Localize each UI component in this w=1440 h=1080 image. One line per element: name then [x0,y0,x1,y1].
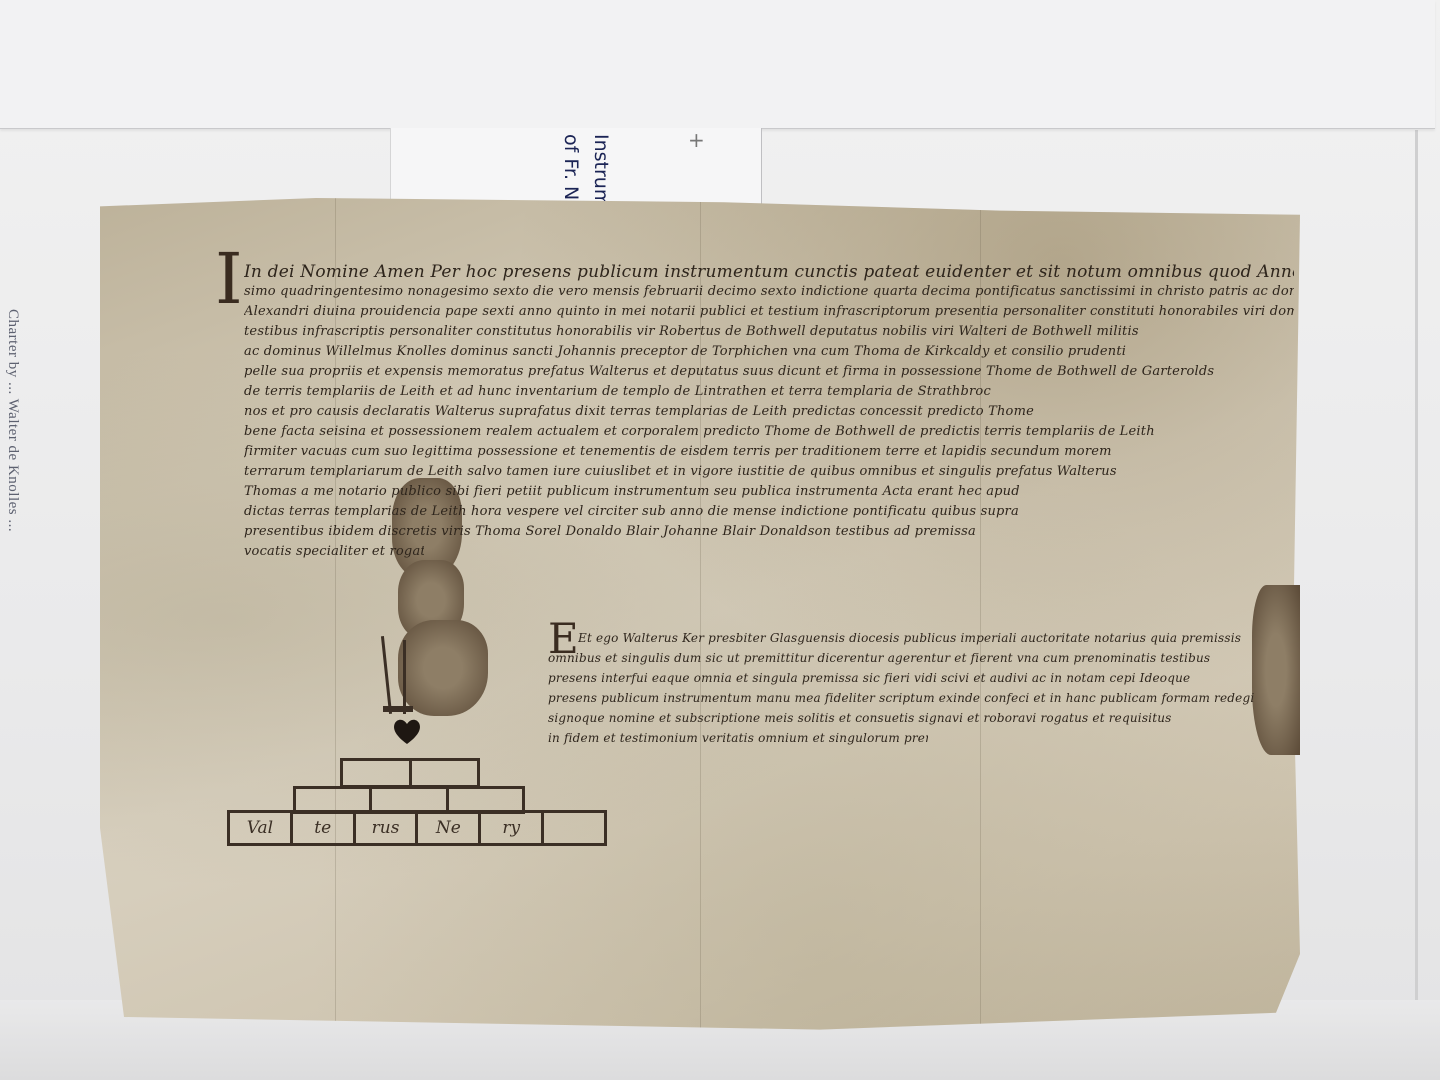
sign-cell: rus [356,813,419,843]
sign-bottom-row: Val te rus Ne ry [227,810,607,846]
slip-note-line: Instrum [590,134,612,207]
pencil-plus-mark: + [688,128,705,152]
text-line: pelle sua propriis et expensis memoratus… [244,362,1294,382]
sign-cell: ry [481,813,544,843]
staff-crossbar [383,706,413,712]
decorated-initial: I [215,244,243,314]
sign-cell [343,761,412,785]
text-line: terrarum templariarum de Leith salvo tam… [244,462,1294,482]
text-line: signoque nomine et subscriptione meis so… [548,708,1300,728]
slip-note-line: of Fr. N [560,134,582,200]
sign-cell [449,789,522,811]
fleur-de-lis-staff-icon [381,636,392,714]
text-line: firmiter vacuas cum suo legittima posses… [244,442,1294,462]
sign-cell [544,813,604,843]
text-line: presentibus ibidem discretis viris Thoma… [244,522,1294,542]
text-line: nos et pro causis declaratis Walterus su… [244,402,1294,422]
charter-main-text: In dei Nomine Amen Per hoc presens publi… [244,262,1294,562]
sign-cell: Val [230,813,293,843]
notary-sign-manual: Val te rus Ne ry [215,636,615,866]
text-line: Et ego Walterus Ker presbiter Glasguensi… [578,628,1300,648]
sign-cell [372,789,448,811]
heart-icon [392,716,422,746]
sign-cell: te [293,813,356,843]
text-line: omnibus et singulis dum sic ut premittit… [548,648,1300,668]
text-line: simo quadringentesimo nonagesimo sexto d… [244,282,1294,302]
text-line: presens interfui eaque omnia et singula … [548,668,1300,688]
text-line: presens publicum instrumentum manu mea f… [548,688,1300,708]
text-line: In dei Nomine Amen Per hoc presens publi… [244,262,1294,282]
top-paper-sheet [0,0,1435,129]
text-line: bene facta seisina et possessionem reale… [244,422,1294,442]
rotated-caption: Charter by ... Walter de Knolles ... [3,309,21,789]
sign-cell [296,789,372,811]
text-line: ac dominus Willelmus Knolles dominus san… [244,342,1294,362]
sign-cell [412,761,478,785]
fleur-de-lis-staff-icon [403,640,406,714]
notary-attestation-text: Et ego Walterus Ker presbiter Glasguensi… [578,628,1300,748]
sign-top-row [340,758,480,788]
text-line: dictas terras templarias de Leith hora v… [244,502,1294,522]
text-line: de terris templariis de Leith et ad hunc… [244,382,1294,402]
sign-cell: Ne [418,813,481,843]
text-line: vocatis specialiter et rogatis [244,542,424,562]
text-line: testibus infrascriptis personaliter cons… [244,322,1294,342]
page-edge [1415,130,1418,1080]
text-line: Thomas a me notario publico sibi fieri p… [244,482,1294,502]
text-line: Alexandri diuina prouidencia pape sexti … [244,302,1294,322]
